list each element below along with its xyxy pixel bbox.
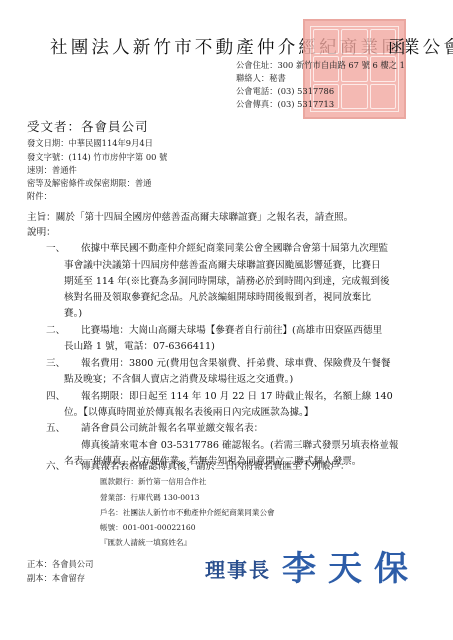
item-text-line: 點及晚宴；不含個人賣店之消費及球場往返之交通費。) xyxy=(64,371,293,385)
item-number: 四、 xyxy=(46,388,65,402)
item-text-line: 賽。) xyxy=(64,305,82,319)
item-text-line: 比賽場地：大崗山高爾夫球場【參賽者自行前往】(高雄市田寮區西德里 xyxy=(81,322,382,336)
item-text-line: 事會議中決議第十四屆房仲慈善盃高爾夫球聯誼賽因颱風影響延賽，比賽日 xyxy=(64,257,381,271)
org-fax: 公會傳真：(03) 5317713 xyxy=(236,98,334,110)
org-phone: 公會電話：(03) 5317786 xyxy=(236,85,334,97)
item-number: 六、 xyxy=(46,458,65,472)
item-text-line: 期延至 114 年(※比賽為多洞同時開球，請務必於到時間內到達，完成報到後 xyxy=(64,273,390,287)
item-text-line: 依據中華民國不動產仲介經紀商業同業公會全國聯合會第十屆第九次理監 xyxy=(81,240,388,254)
account-holder: 戶名：社團法人新竹市不動產仲介經紀商業同業公會 xyxy=(100,507,275,518)
item-text-line: 傳真後請來電本會 03-5317786 確認報名。(若需三聯式發票另填表格並報 xyxy=(81,437,398,451)
item-text-line: 核對名冊及領取參賽紀念品。凡於該編組開球時間後報到者，視同放棄比 xyxy=(64,289,371,303)
security-level: 密等及解密條件或保密期限：普通 xyxy=(27,177,151,189)
item-text-line: 請各會員公司統計報名名單並繳交報名表： xyxy=(81,420,263,434)
issue-date: 發文日期：中華民國114年9月4日 xyxy=(27,137,153,149)
chairman-signature: 李天保 xyxy=(282,541,420,590)
item-text-line: 傳真報名表格確認傳真後，請於三日內將報名費匯至下列帳戶： xyxy=(81,458,350,472)
item-number: 五、 xyxy=(46,420,65,434)
item-text-line: 長山路 1 號，電話：07-6366411) xyxy=(64,338,215,352)
attachment-label: 附件： xyxy=(27,190,52,202)
item-number: 二、 xyxy=(46,322,65,336)
subject-line: 主旨：關於「第十四屆全國房仲慈善盃高爾夫球聯誼賽」之報名表，請查照。 xyxy=(27,209,353,223)
bank-branch-code: 營業部：行庫代碼 130-0013 xyxy=(100,492,200,503)
org-address: 公會住址：300 新竹市自由路 67 號 6 樓之 1 xyxy=(236,59,405,71)
account-number: 帳號：001-001-00022160 xyxy=(100,522,196,533)
bank-name: 匯款銀行：新竹第一信用合作社 xyxy=(100,476,206,487)
recipient: 受文者：各會員公司 xyxy=(27,117,149,135)
item-text-line: 報名費用：3800 元(費用包含果嶺費、扦弟費、球車費、保險費及午餐餐 xyxy=(81,355,390,369)
doc-type-label: 函 xyxy=(388,34,406,59)
copy-recipient: 副本：本會留存 xyxy=(27,572,85,584)
original-recipient: 正本：各會員公司 xyxy=(27,558,93,570)
chairman-title: 理事長 xyxy=(205,554,271,583)
remitter-note: 『匯款人請統一填寫姓名』 xyxy=(100,537,191,548)
delivery-speed: 速別：普通件 xyxy=(27,164,77,176)
item-number: 一、 xyxy=(46,240,65,254)
explanation-label: 說明： xyxy=(27,224,56,238)
item-number: 三、 xyxy=(46,355,65,369)
doc-number: 發文字號：(114) 竹市房仲字第 00 號 xyxy=(27,151,167,163)
item-text-line: 位。【以傳真時間並於傳真報名表後兩日內完成匯款為據。】 xyxy=(64,404,313,418)
contact-person: 聯絡人：秘書 xyxy=(236,72,286,84)
item-text-line: 報名期限：即日起至 114 年 10 月 22 日 17 時截止報名，名額上線 … xyxy=(81,388,393,402)
